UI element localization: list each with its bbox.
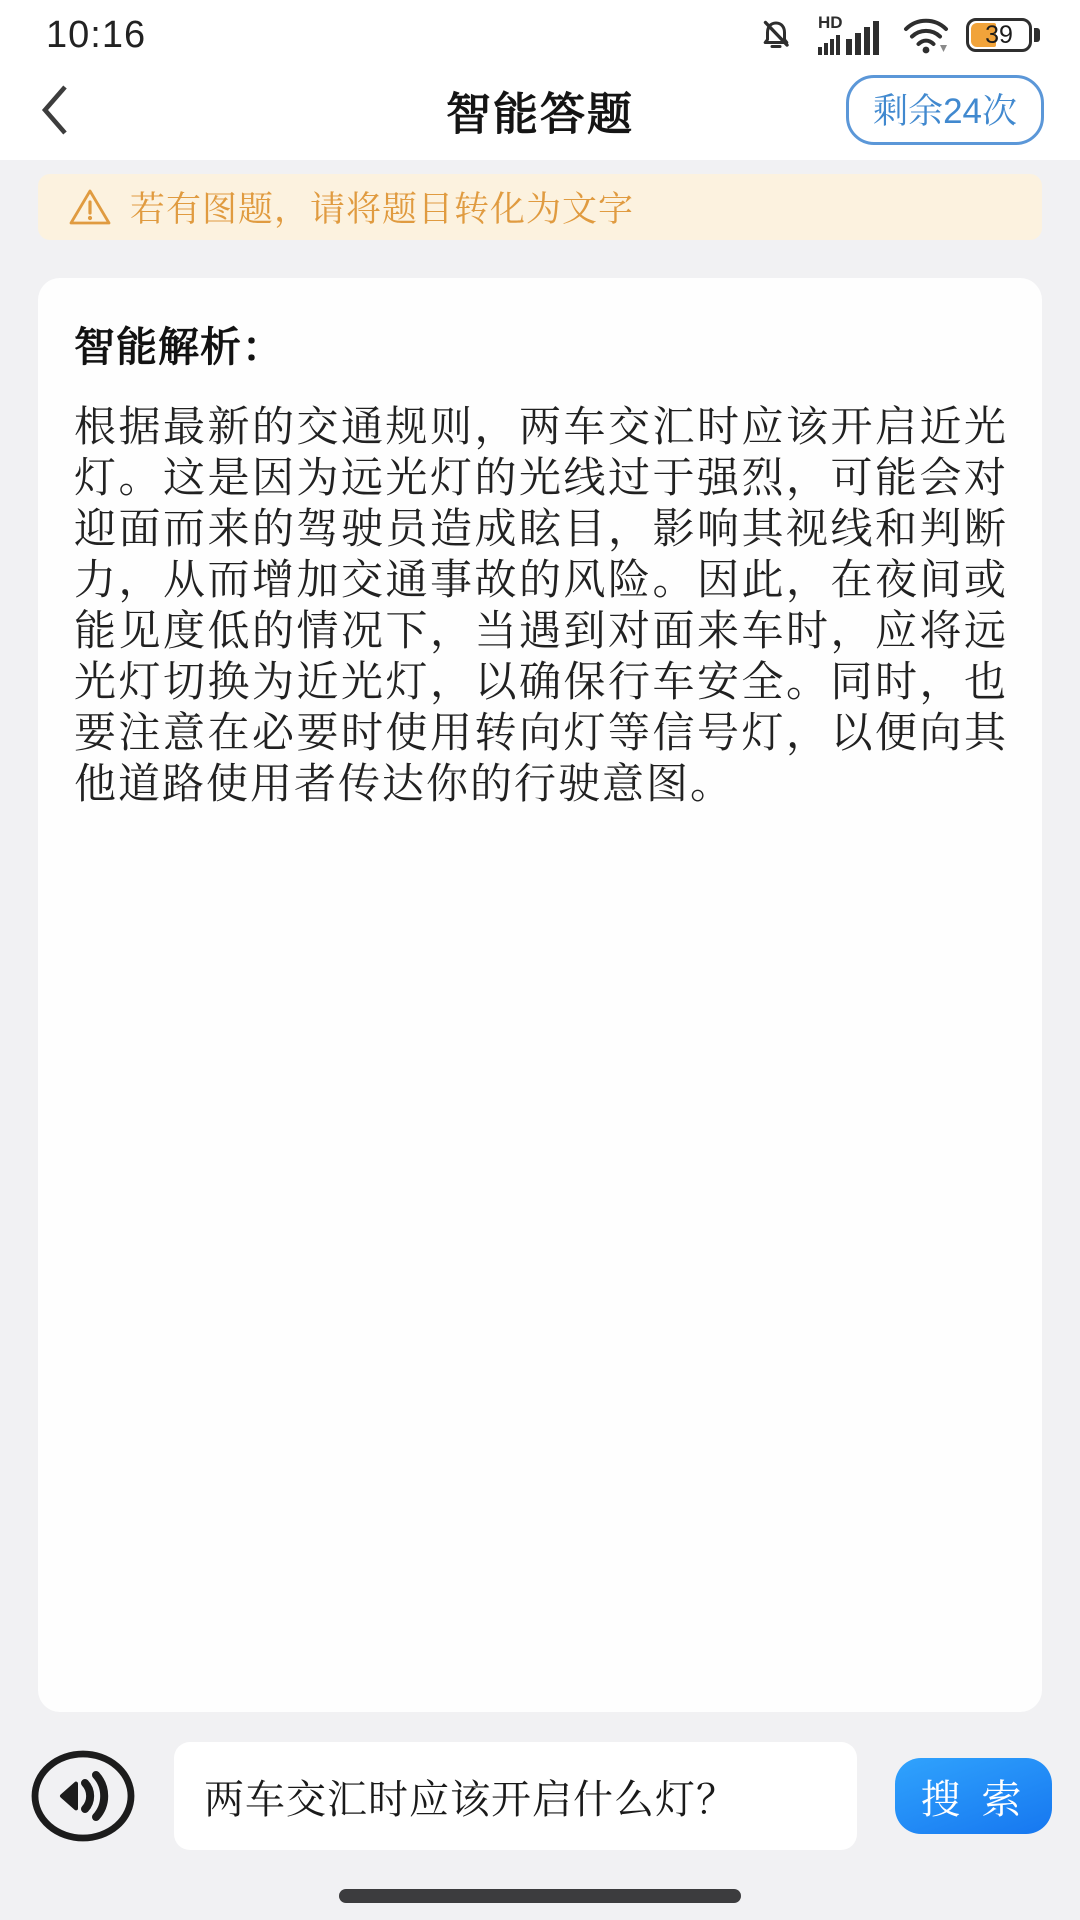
voice-input-button[interactable] (30, 1750, 136, 1842)
page-title: 智能答题 (446, 78, 634, 143)
app-screen: 10:16 HD (0, 0, 1080, 1920)
wifi-icon (900, 13, 952, 57)
search-bar: 搜 索 (0, 1720, 1080, 1872)
status-icons: HD (756, 13, 1040, 57)
signal-volte-icon: HD (810, 13, 886, 57)
question-input[interactable] (174, 1742, 857, 1850)
analysis-body: 根据最新的交通规则，两车交汇时应该开启近光灯。这是因为远光灯的光线过于强烈，可能… (74, 401, 1008, 809)
analysis-card: 智能解析： 根据最新的交通规则，两车交汇时应该开启近光灯。这是因为远光灯的光线过… (38, 278, 1042, 1712)
content-area: 若有图题，请将题目转化为文字 智能解析： 根据最新的交通规则，两车交汇时应该开启… (0, 160, 1080, 1720)
battery-percent: 39 (985, 21, 1013, 50)
back-chevron-icon (36, 81, 74, 139)
header: 智能答题 剩余24次 (0, 60, 1080, 160)
notice-text: 若有图题，请将题目转化为文字 (130, 182, 634, 232)
status-time: 10:16 (46, 14, 146, 57)
remaining-count-badge: 剩余24次 (846, 75, 1044, 145)
voice-wave-icon (30, 1750, 136, 1842)
notice-banner: 若有图题，请将题目转化为文字 (38, 174, 1042, 240)
mute-bell-icon (756, 15, 796, 55)
volte-hd-label: HD (818, 13, 843, 32)
search-button[interactable]: 搜 索 (895, 1758, 1052, 1834)
home-indicator[interactable] (339, 1889, 741, 1903)
battery-cap (1034, 28, 1040, 42)
home-zone (0, 1872, 1080, 1920)
warning-triangle-icon (68, 186, 112, 228)
status-bar: 10:16 HD (0, 0, 1080, 60)
battery-icon: 39 (966, 18, 1040, 52)
analysis-heading: 智能解析： (74, 314, 1008, 373)
back-button[interactable] (36, 78, 92, 142)
